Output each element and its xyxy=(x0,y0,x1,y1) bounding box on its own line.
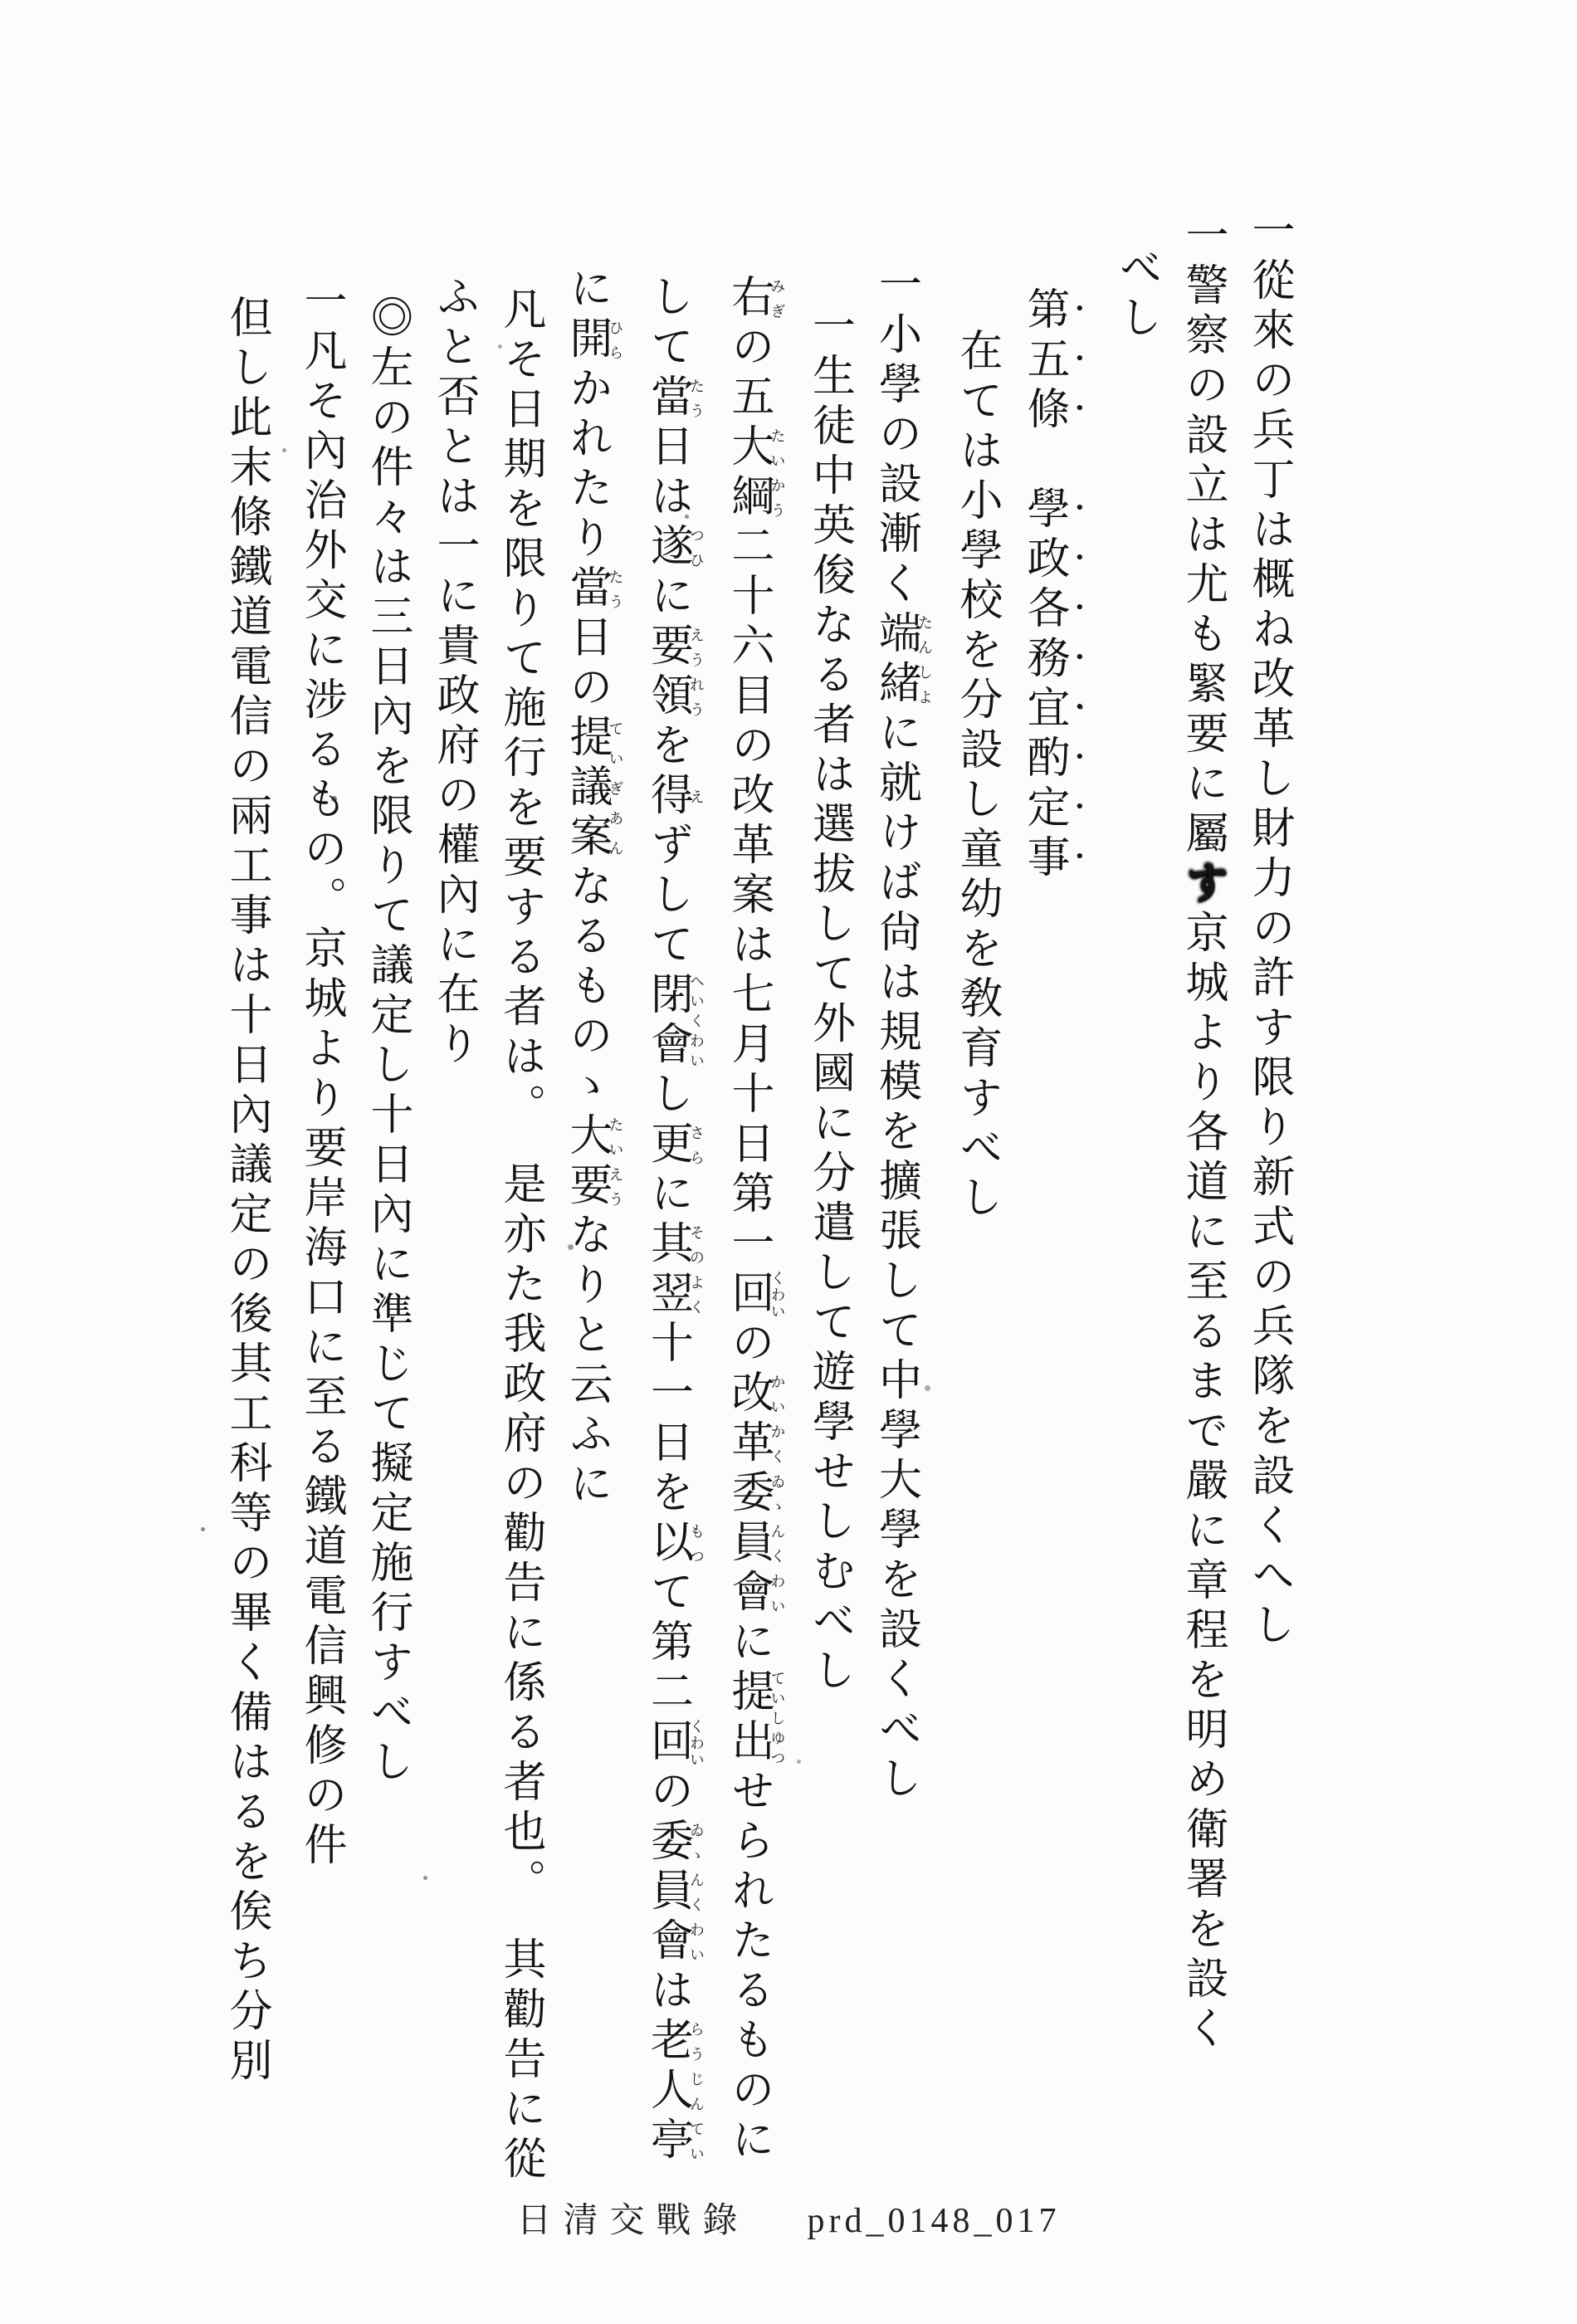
ruby-annotated-text: 委員會ゐゝんくわい xyxy=(725,1469,772,1618)
ruby-annotated-text: 老人亭らうじんてい xyxy=(644,2017,691,2166)
text-column: 但し此末條鐵道電信の兩工事は十日內議定の後其工科等の畢く備はるを俟ち分別 xyxy=(223,295,268,2216)
text-segment: せられたるものに xyxy=(725,1768,772,2166)
text-column: 一警察の設立は尤も緊要に屬す京城より各道に至るまで嚴に章程を明め衛署を設く xyxy=(1179,212,1224,2216)
text-segment: の五 xyxy=(725,324,772,423)
furigana: ゐゝんくわい xyxy=(688,1818,705,1967)
text-segment: に xyxy=(725,1618,772,1668)
ruby-annotated-text: 提議案ていぎあん xyxy=(563,714,610,863)
furigana: たいえう xyxy=(608,1112,624,1212)
text-segment: 京城より各道に至るまで嚴に章程を明め衛署を設く xyxy=(1179,910,1226,2055)
text-segment: 一警察の設立は尤も緊要に屬 xyxy=(1179,212,1226,860)
ruby-annotated-text: 大綱たいかう xyxy=(725,423,772,523)
ruby-annotated-text: 得え xyxy=(644,772,691,822)
text-segment: 一生徒中英俊なる者は選拔して外國に分遣して遊學せしむべし xyxy=(806,303,853,1697)
document-body: 一從來の兵丁は概ね改革し財力の許す限り新式の兵隊を設くへし一警察の設立は尤も緊要… xyxy=(202,207,1291,2216)
furigana: えうれう xyxy=(688,622,705,722)
text-segment: に xyxy=(644,573,691,622)
ruby-annotated-text: 大要たいえう xyxy=(563,1112,610,1212)
text-segment: す xyxy=(1179,860,1226,910)
text-segment: ふと否とは一に貴政府の權內に在り xyxy=(430,274,477,1071)
ruby-annotated-text: 委員會ゐゝんくわい xyxy=(644,1818,691,1967)
text-column: 一凡そ內治外交に涉るもの。京城より要岸海口に至る鐵道電信興修の件 xyxy=(298,278,343,2216)
ruby-annotated-text: 要領えうれう xyxy=(644,622,691,722)
text-column: 一生徒中英俊なる者は選拔して外國に分遣して遊學せしむべし xyxy=(807,303,852,2216)
text-segment: して xyxy=(644,274,691,373)
ruby-annotated-text: 更さら xyxy=(644,1120,691,1170)
text-column: 在ては小學校を分設し童幼を敎育すべし xyxy=(954,328,998,2216)
furigana: ひら xyxy=(608,315,624,365)
text-column: 右みぎの五大綱たいかう二十六目の改革案は七月十日第一回くわいの改革かいかく委員會… xyxy=(725,274,785,2216)
text-segment: に xyxy=(563,266,610,315)
furigana: くわい xyxy=(769,1270,786,1320)
text-segment: 第五條 學政各務宜酌定事 xyxy=(1020,286,1067,884)
furigana: え xyxy=(688,772,705,822)
ruby-annotated-text: 遂つひ xyxy=(644,523,691,573)
furigana: くわい xyxy=(688,1718,705,1768)
furigana: ていしゆつ xyxy=(769,1668,786,1768)
ruby-annotated-text: 當たう xyxy=(563,564,610,614)
text-segment: かれたり xyxy=(563,365,610,564)
text-segment: 一小學の設漸く xyxy=(872,261,920,610)
text-segment: 一凡そ內治外交に涉るもの。京城より要岸海口に至る鐵道電信興修の件 xyxy=(297,278,344,1872)
text-segment: べし xyxy=(1112,245,1160,344)
text-segment: ◎左の件々は三日內を限りて議定し十日內に準じて擬定施行すべし xyxy=(364,295,411,1789)
text-column: 凡そ日期を限りて施行を要する者は。 是亦た我政府の勸告に係る者也。 其勸告に從 xyxy=(497,286,542,2216)
ruby-annotated-text: 開ひら xyxy=(563,315,610,365)
furigana: さら xyxy=(688,1120,705,1170)
ruby-annotated-text: 閉會へいくわい xyxy=(644,971,691,1071)
text-column: ◎左の件々は三日內を限りて議定し十日內に準じて擬定施行すべし xyxy=(364,295,409,2216)
furigana: ていぎあん xyxy=(608,714,624,863)
ruby-annotated-text: 回くわい xyxy=(644,1718,691,1768)
text-column: 第五條 學政各務宜酌定事 xyxy=(1020,286,1091,2216)
text-column: に開ひらかれたり當たう日の提議案ていぎあんなるものゝ大要たいえうなりと云ふに xyxy=(564,266,623,2216)
text-segment: 日は xyxy=(644,423,691,523)
text-segment: 凡そ日期を限りて施行を要する者は。 是亦た我政府の勸告に係る者也。 其勸告に從 xyxy=(496,286,544,2185)
text-segment: 在ては小學校を分設し童幼を敎育すべし xyxy=(953,328,1000,1224)
text-segment: ずして xyxy=(644,822,691,971)
text-column: べし xyxy=(1113,245,1158,2216)
text-segment: は xyxy=(644,1967,691,2017)
furigana: もつ xyxy=(688,1519,705,1569)
text-segment: 一從來の兵丁は概ね改革し財力の許す限り新式の兵隊を設くへし xyxy=(1245,207,1292,1652)
text-column: して當たう日は遂つひに要領えうれうを得えずして閉會へいくわいし更さらに其翌そのよ… xyxy=(645,274,705,2216)
ruby-annotated-text: 當たう xyxy=(644,373,691,423)
furigana: みぎ xyxy=(769,274,786,324)
text-segment: なりと云ふに xyxy=(563,1212,610,1511)
ruby-annotated-text: 其翌そのよく xyxy=(644,1220,691,1320)
furigana: たんしよ xyxy=(916,610,933,710)
text-segment: 日の xyxy=(563,614,610,714)
furigana: そのよく xyxy=(688,1220,705,1320)
furigana: つひ xyxy=(688,523,705,573)
text-segment: の xyxy=(644,1768,691,1818)
text-segment: て第二 xyxy=(644,1569,691,1718)
text-segment: に就けば尙は規模を擴張して中學大學を設くべし xyxy=(872,710,920,1805)
furigana: たいかう xyxy=(769,423,786,523)
text-segment: の xyxy=(725,1320,772,1369)
page-caption: 日清交戰錄prd_0148_017 xyxy=(0,2193,1577,2243)
text-column: 一小學の設漸く端緒たんしよに就けば尙は規模を擴張して中學大學を設くべし xyxy=(873,261,933,2216)
furigana: ゐゝんくわい xyxy=(769,1469,786,1618)
furigana: たう xyxy=(608,564,624,614)
ruby-annotated-text: 回くわい xyxy=(725,1270,772,1320)
text-column: 一從來の兵丁は概ね改革し財力の許す限り新式の兵隊を設くへし xyxy=(1246,207,1291,2216)
ruby-annotated-text: 右みぎ xyxy=(725,274,772,324)
caption-id: prd_0148_017 xyxy=(808,2202,1061,2240)
text-segment: 十一日を xyxy=(644,1320,691,1519)
furigana: へいくわい xyxy=(688,971,705,1071)
text-segment: し xyxy=(644,1071,691,1120)
furigana: らうじんてい xyxy=(688,2017,705,2166)
text-segment: なるものゝ xyxy=(563,863,610,1112)
furigana: かいかく xyxy=(769,1369,786,1469)
text-segment: に xyxy=(644,1170,691,1220)
text-column: ふと否とは一に貴政府の權內に在り xyxy=(431,274,476,2216)
ruby-annotated-text: 以もつ xyxy=(644,1519,691,1569)
ruby-annotated-text: 改革かいかく xyxy=(725,1369,772,1469)
caption-title: 日清交戰錄 xyxy=(516,2202,749,2240)
ruby-annotated-text: 端緒たんしよ xyxy=(872,610,920,710)
text-segment: を xyxy=(644,722,691,772)
text-segment: 但し此末條鐵道電信の兩工事は十日內議定の後其工科等の畢く備はるを俟ち分別 xyxy=(222,295,270,2087)
ruby-annotated-text: 提出ていしゆつ xyxy=(725,1668,772,1768)
text-segment: 二十六目の改革案は七月十日第一 xyxy=(725,523,772,1270)
furigana: たう xyxy=(688,373,705,423)
